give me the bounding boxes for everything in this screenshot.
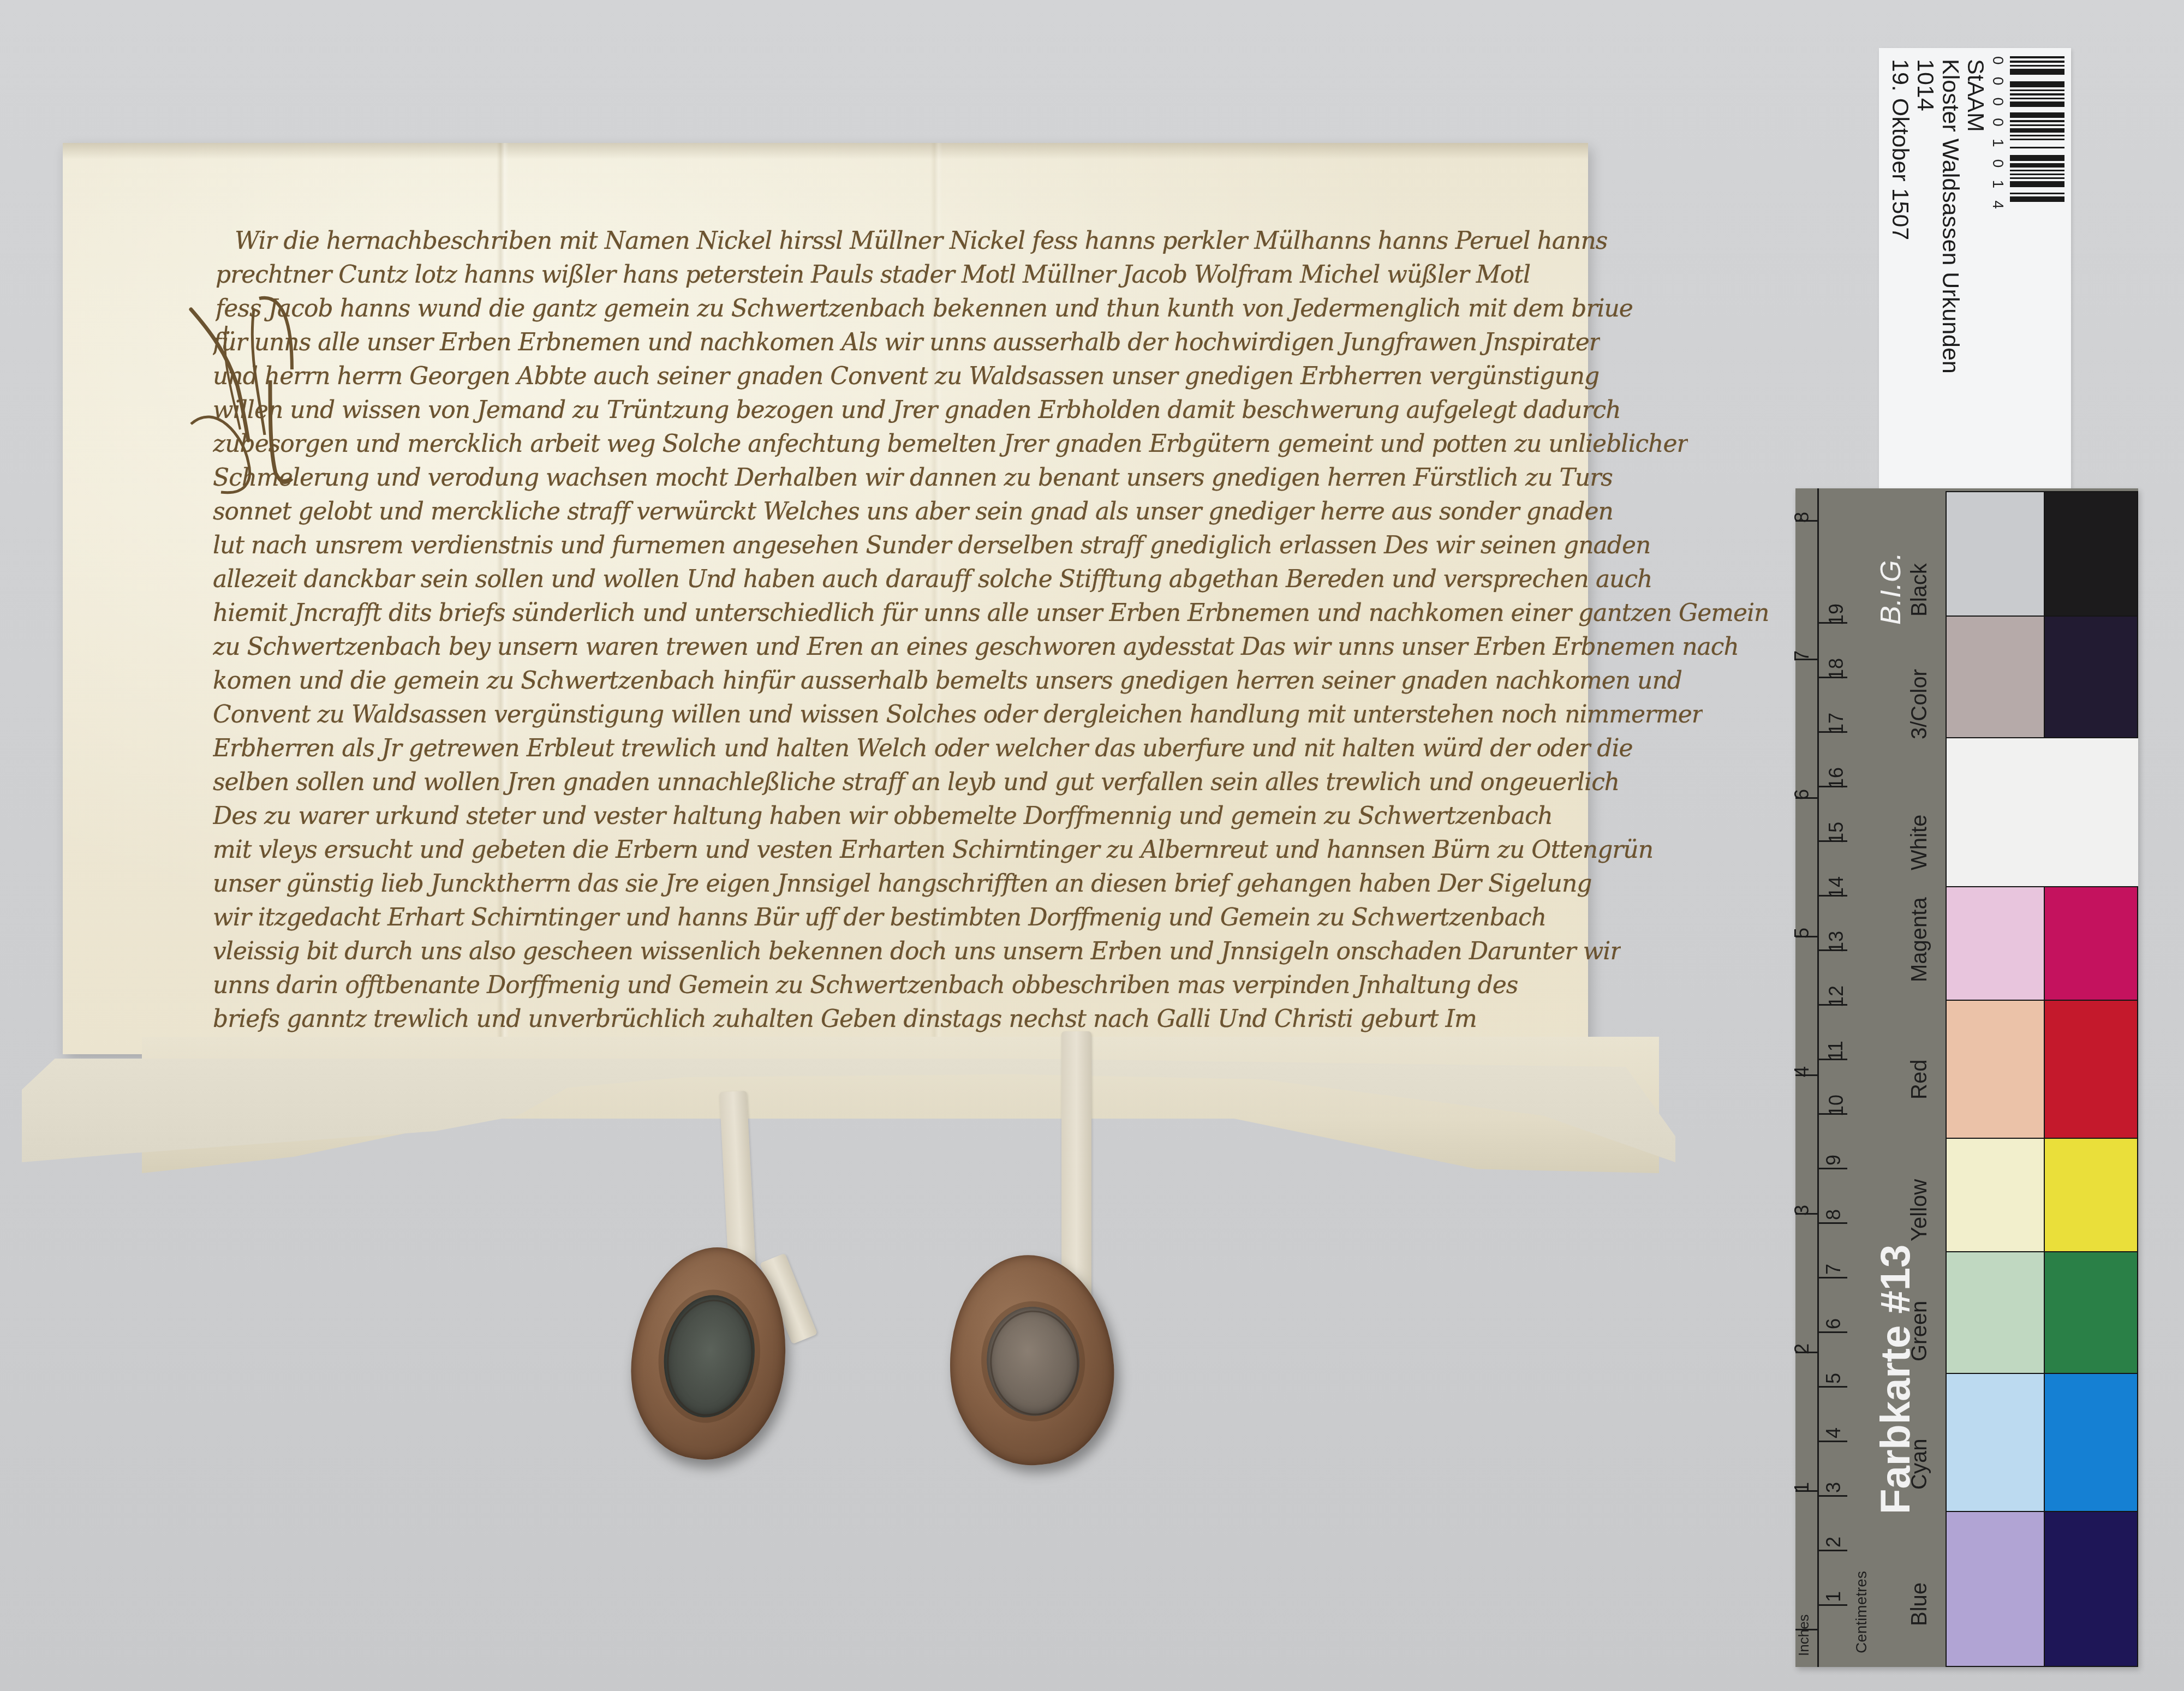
patch-label-3color: 3/Color bbox=[1907, 669, 1932, 739]
text-line: und herrn herrn Georgen Abbte auch seine… bbox=[213, 360, 1599, 393]
color-calibration-card: 1 2 3 4 5 6 7 8 1 2 3 4 5 6 7 8 bbox=[1795, 488, 2138, 1667]
text-line: komen und die gemein zu Schwertzenbach h… bbox=[213, 665, 1682, 697]
parchment-top-edge bbox=[63, 143, 1588, 159]
cm-label: 16 bbox=[1825, 767, 1848, 789]
barcode-digit: 0 bbox=[1989, 118, 2007, 127]
cm-tick bbox=[1817, 1550, 1847, 1551]
barcode-digit: 1 bbox=[1989, 139, 2007, 147]
patch-magenta-light bbox=[1946, 886, 2045, 1001]
patch-cyan-light bbox=[1946, 1373, 2045, 1512]
inch-label: 5 bbox=[1791, 928, 1813, 939]
text-line: Wir die hernachbeschriben mit Namen Nick… bbox=[235, 225, 1607, 258]
inch-label: 2 bbox=[1791, 1343, 1813, 1354]
brand-logo: B.I.G. bbox=[1875, 552, 1907, 625]
cm-label: 7 bbox=[1822, 1264, 1845, 1275]
patch-green-dark bbox=[2044, 1251, 2138, 1374]
patch-black-light bbox=[1946, 491, 2045, 617]
cm-tick bbox=[1817, 1604, 1847, 1606]
cm-label: 3 bbox=[1822, 1482, 1845, 1493]
cm-tick bbox=[1817, 1331, 1847, 1333]
text-line: lut nach unsrem verdienstnis und furneme… bbox=[213, 529, 1650, 562]
barcode-digit: 0 bbox=[1989, 98, 2007, 106]
cm-label: 15 bbox=[1825, 822, 1848, 844]
patch-green-light bbox=[1946, 1251, 2045, 1374]
patch-magenta-dark bbox=[2044, 886, 2138, 1001]
barcode-digit: 1 bbox=[1989, 180, 2007, 189]
cm-tick bbox=[1817, 1168, 1847, 1169]
cm-label: 1 bbox=[1822, 1591, 1845, 1602]
cm-label: 17 bbox=[1825, 713, 1848, 734]
patch-label-white: White bbox=[1907, 815, 1932, 870]
charter-parchment: Wir die hernachbeschriben mit Namen Nick… bbox=[63, 143, 1588, 1054]
patch-red-dark bbox=[2044, 1000, 2138, 1139]
inch-label: 4 bbox=[1791, 1066, 1813, 1077]
text-line: mit vleys ersucht und gebeten die Erbern… bbox=[213, 834, 1653, 867]
patch-label-yellow: Yellow bbox=[1907, 1179, 1932, 1241]
cm-label: 5 bbox=[1822, 1373, 1845, 1384]
cm-label: 8 bbox=[1822, 1209, 1845, 1220]
cm-label: 9 bbox=[1822, 1155, 1845, 1166]
text-line: fess Jacob hanns wund die gantz gemein z… bbox=[216, 292, 1633, 325]
patch-blue-dark bbox=[2044, 1511, 2138, 1667]
patch-label-cyan: Cyan bbox=[1907, 1439, 1932, 1490]
cm-tick bbox=[1817, 1495, 1847, 1497]
text-line: vleissig bit durch uns also gescheen wis… bbox=[213, 935, 1621, 968]
patch-3color-dark bbox=[2044, 616, 2138, 738]
text-line: briefs ganntz trewlich und unverbrüchlic… bbox=[213, 1003, 1477, 1036]
cm-tick bbox=[1817, 1441, 1847, 1442]
cm-label: 18 bbox=[1825, 658, 1848, 680]
patch-white bbox=[1946, 737, 2138, 887]
barcode-icon bbox=[2010, 56, 2064, 209]
patch-label-red: Red bbox=[1907, 1060, 1932, 1100]
document-date: 19. Oktober 1507 bbox=[1888, 59, 1913, 240]
text-line: prechtner Cuntz lotz hanns wißler hans p… bbox=[216, 259, 1530, 291]
text-line: Schmelerung und verodung wachsen mocht D… bbox=[213, 462, 1613, 494]
inch-label: 3 bbox=[1791, 1205, 1813, 1216]
patch-label-magenta: Magenta bbox=[1907, 897, 1932, 982]
text-line: hiemit Jncrafft dits briefs sünderlich u… bbox=[213, 597, 1769, 630]
cm-tick bbox=[1817, 1222, 1847, 1224]
text-line: zubesorgen und mercklich arbeit weg Solc… bbox=[213, 428, 1688, 461]
document-number: 1014 bbox=[1913, 59, 1938, 111]
cm-label: 4 bbox=[1822, 1427, 1845, 1438]
text-line: sonnet gelobt und merckliche straff verw… bbox=[213, 495, 1613, 528]
inch-label: 8 bbox=[1791, 512, 1813, 523]
patch-label-green: Green bbox=[1907, 1301, 1932, 1361]
cm-tick bbox=[1817, 1386, 1847, 1388]
text-line: für unns alle unser Erben Erbnemen und n… bbox=[213, 326, 1600, 359]
text-line: wir itzgedacht Erhart Schirntinger und h… bbox=[213, 901, 1546, 934]
text-line: willen und wissen von Jemand zu Trüntzun… bbox=[213, 394, 1620, 427]
patch-label-black: Black bbox=[1907, 563, 1932, 617]
text-line: unser günstig lieb Juncktherrn das sie J… bbox=[213, 868, 1591, 900]
text-line: zu Schwertzenbach bey unsern waren trewe… bbox=[213, 631, 1739, 664]
inch-scale-line bbox=[1817, 488, 1819, 1667]
text-line: Erbherren als Jr getrewen Erbleut trewli… bbox=[213, 732, 1633, 765]
cm-label: 11 bbox=[1824, 1041, 1847, 1061]
cm-label: 6 bbox=[1822, 1318, 1845, 1329]
barcode-digit: 0 bbox=[1989, 159, 2007, 168]
patch-label-blue: Blue bbox=[1907, 1582, 1932, 1626]
text-line: Des zu warer urkund steter und vester ha… bbox=[213, 800, 1553, 833]
centimetres-label: Centimetres bbox=[1853, 1571, 1870, 1653]
collection-name: Kloster Waldsassen Urkunden bbox=[1938, 59, 1963, 374]
cm-label: 2 bbox=[1822, 1537, 1845, 1547]
text-line: allezeit danckbar sein sollen und wollen… bbox=[213, 563, 1652, 596]
cm-label: 10 bbox=[1825, 1095, 1848, 1116]
inch-label: 6 bbox=[1791, 789, 1813, 800]
patch-black-dark bbox=[2044, 491, 2138, 617]
text-line: selben sollen und wollen Jren gnaden unn… bbox=[213, 766, 1619, 799]
cm-label: 14 bbox=[1825, 876, 1848, 898]
cm-tick bbox=[1817, 1277, 1847, 1278]
patch-red-light bbox=[1946, 1000, 2045, 1139]
patch-blue-light bbox=[1946, 1511, 2045, 1667]
patch-3color-light bbox=[1946, 616, 2045, 738]
inch-label: 7 bbox=[1791, 650, 1813, 661]
cm-label: 19 bbox=[1825, 603, 1848, 625]
ruler-strip: 1 2 3 4 5 6 7 8 1 2 3 4 5 6 7 8 bbox=[1795, 488, 1946, 1667]
cm-label: 12 bbox=[1825, 985, 1848, 1007]
cm-label: 13 bbox=[1825, 931, 1848, 953]
patch-yellow-light bbox=[1946, 1138, 2045, 1252]
patch-yellow-dark bbox=[2044, 1138, 2138, 1252]
archive-name: StAAM bbox=[1963, 59, 1988, 132]
barcode-digit: 4 bbox=[1989, 200, 2007, 209]
patch-cyan-dark bbox=[2044, 1373, 2138, 1512]
barcode-digit: 0 bbox=[1989, 77, 2007, 86]
text-line: unns darin offtbenante Dorffmenig und Ge… bbox=[213, 969, 1518, 1002]
archive-label: 0 0 0 0 1 0 1 4 StAAM Kloster Waldsassen… bbox=[1879, 48, 2071, 489]
text-line: Convent zu Waldsassen vergünstigung will… bbox=[213, 698, 1703, 731]
barcode-digit: 0 bbox=[1989, 56, 2007, 65]
inches-label: Inches bbox=[1795, 1614, 1812, 1656]
inch-label: 1 bbox=[1791, 1482, 1813, 1493]
